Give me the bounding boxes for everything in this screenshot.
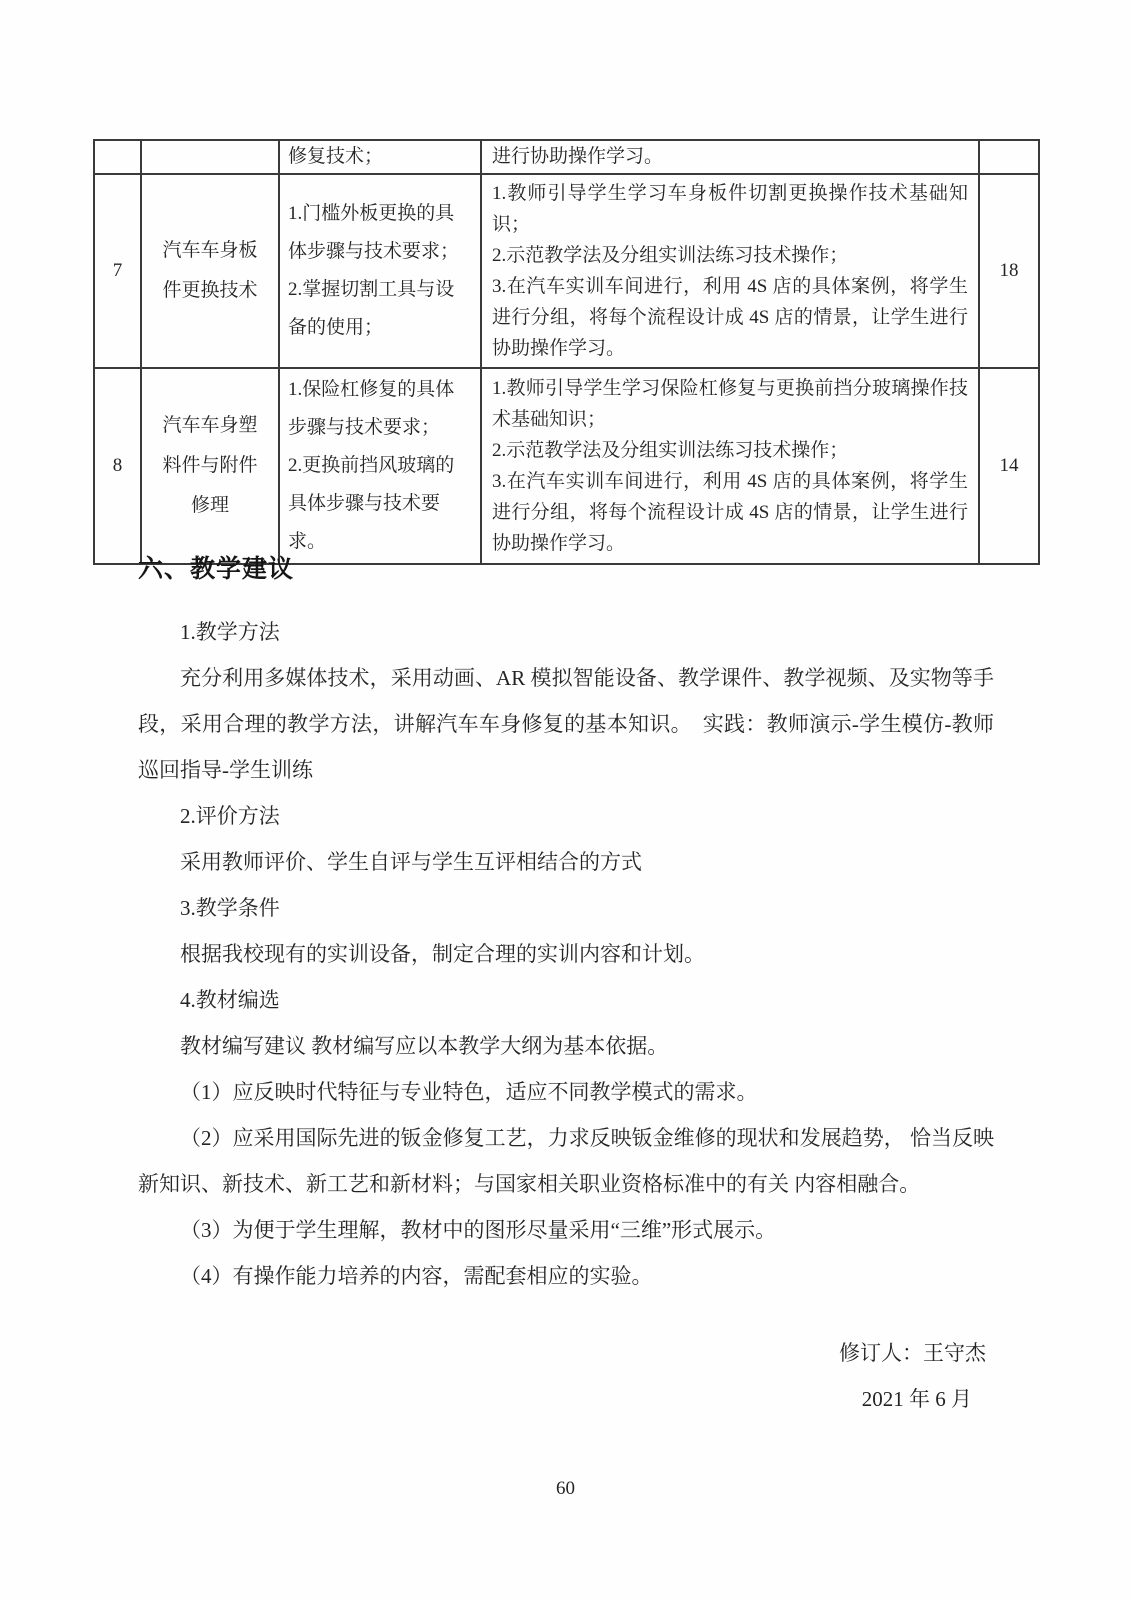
document-page: 修复技术； 进行协助操作学习。 7 汽车车身板件更换技术 1.门槛外板更换的具体… bbox=[0, 0, 1131, 1600]
paragraph: （3）为便于学生理解，教材中的图形尽量采用“三维”形式展示。 bbox=[138, 1207, 994, 1253]
table-row: 8 汽车车身塑料件与附件修理 1.保险杠修复的具体步骤与技术要求； 2.更换前挡… bbox=[94, 368, 1039, 564]
requirements-cell: 1.门槛外板更换的具体步骤与技术要求； 2.掌握切割工具与设备的使用； bbox=[279, 174, 481, 368]
chapter-title-cell: 汽车车身板件更换技术 bbox=[141, 174, 279, 368]
paragraph: 教材编写建议 教材编写应以本教学大纲为基本依据。 bbox=[138, 1023, 994, 1069]
paragraph: 3.教学条件 bbox=[138, 885, 994, 931]
row-number-cell: 7 bbox=[94, 174, 141, 368]
table-row: 7 汽车车身板件更换技术 1.门槛外板更换的具体步骤与技术要求； 2.掌握切割工… bbox=[94, 174, 1039, 368]
paragraph: 根据我校现有的实训设备，制定合理的实训内容和计划。 bbox=[138, 931, 994, 977]
teaching-suggestions-section: 六、教学建议 1.教学方法 充分利用多媒体技术，采用动画、AR 模拟智能设备、教… bbox=[138, 549, 994, 1299]
hours-cell: 18 bbox=[979, 174, 1039, 368]
paragraph: （1）应反映时代特征与专业特色，适应不同教学模式的需求。 bbox=[138, 1069, 994, 1115]
paragraph: （4）有操作能力培养的内容，需配套相应的实验。 bbox=[138, 1253, 994, 1299]
chapter-title-cell bbox=[141, 140, 279, 174]
teaching-content-cell: 进行协助操作学习。 bbox=[481, 140, 979, 174]
requirements-cell: 修复技术； bbox=[279, 140, 481, 174]
teaching-content-cell: 1.教师引导学生学习保险杠修复与更换前挡分玻璃操作技术基础知识； 2.示范教学法… bbox=[481, 368, 979, 564]
revision-date: 2021 年 6 月 bbox=[138, 1376, 994, 1422]
paragraph: （2）应采用国际先进的钣金修复工艺，力求反映钣金维修的现状和发展趋势， 恰当反映… bbox=[138, 1115, 994, 1207]
paragraph: 2.评价方法 bbox=[138, 793, 994, 839]
chapter-title-cell: 汽车车身塑料件与附件修理 bbox=[141, 368, 279, 564]
section-heading: 六、教学建议 bbox=[138, 549, 994, 585]
requirements-cell: 1.保险杠修复的具体步骤与技术要求； 2.更换前挡风玻璃的具体步骤与技术要求。 bbox=[279, 368, 481, 564]
page-number: 60 bbox=[0, 1478, 1131, 1500]
table-row: 修复技术； 进行协助操作学习。 bbox=[94, 140, 1039, 174]
paragraph: 1.教学方法 bbox=[138, 609, 994, 655]
row-number-cell bbox=[94, 140, 141, 174]
hours-cell: 14 bbox=[979, 368, 1039, 564]
hours-cell bbox=[979, 140, 1039, 174]
paragraph: 充分利用多媒体技术，采用动画、AR 模拟智能设备、教学课件、教学视频、及实物等手… bbox=[138, 655, 994, 793]
reviser-line: 修订人：王守杰 bbox=[138, 1330, 994, 1376]
course-schedule-table: 修复技术； 进行协助操作学习。 7 汽车车身板件更换技术 1.门槛外板更换的具体… bbox=[93, 139, 1040, 565]
paragraph: 采用教师评价、学生自评与学生互评相结合的方式 bbox=[138, 839, 994, 885]
paragraph: 4.教材编选 bbox=[138, 977, 994, 1023]
teaching-content-cell: 1.教师引导学生学习车身板件切割更换操作技术基础知识； 2.示范教学法及分组实训… bbox=[481, 174, 979, 368]
row-number-cell: 8 bbox=[94, 368, 141, 564]
signature-block: 修订人：王守杰 2021 年 6 月 bbox=[138, 1330, 994, 1422]
